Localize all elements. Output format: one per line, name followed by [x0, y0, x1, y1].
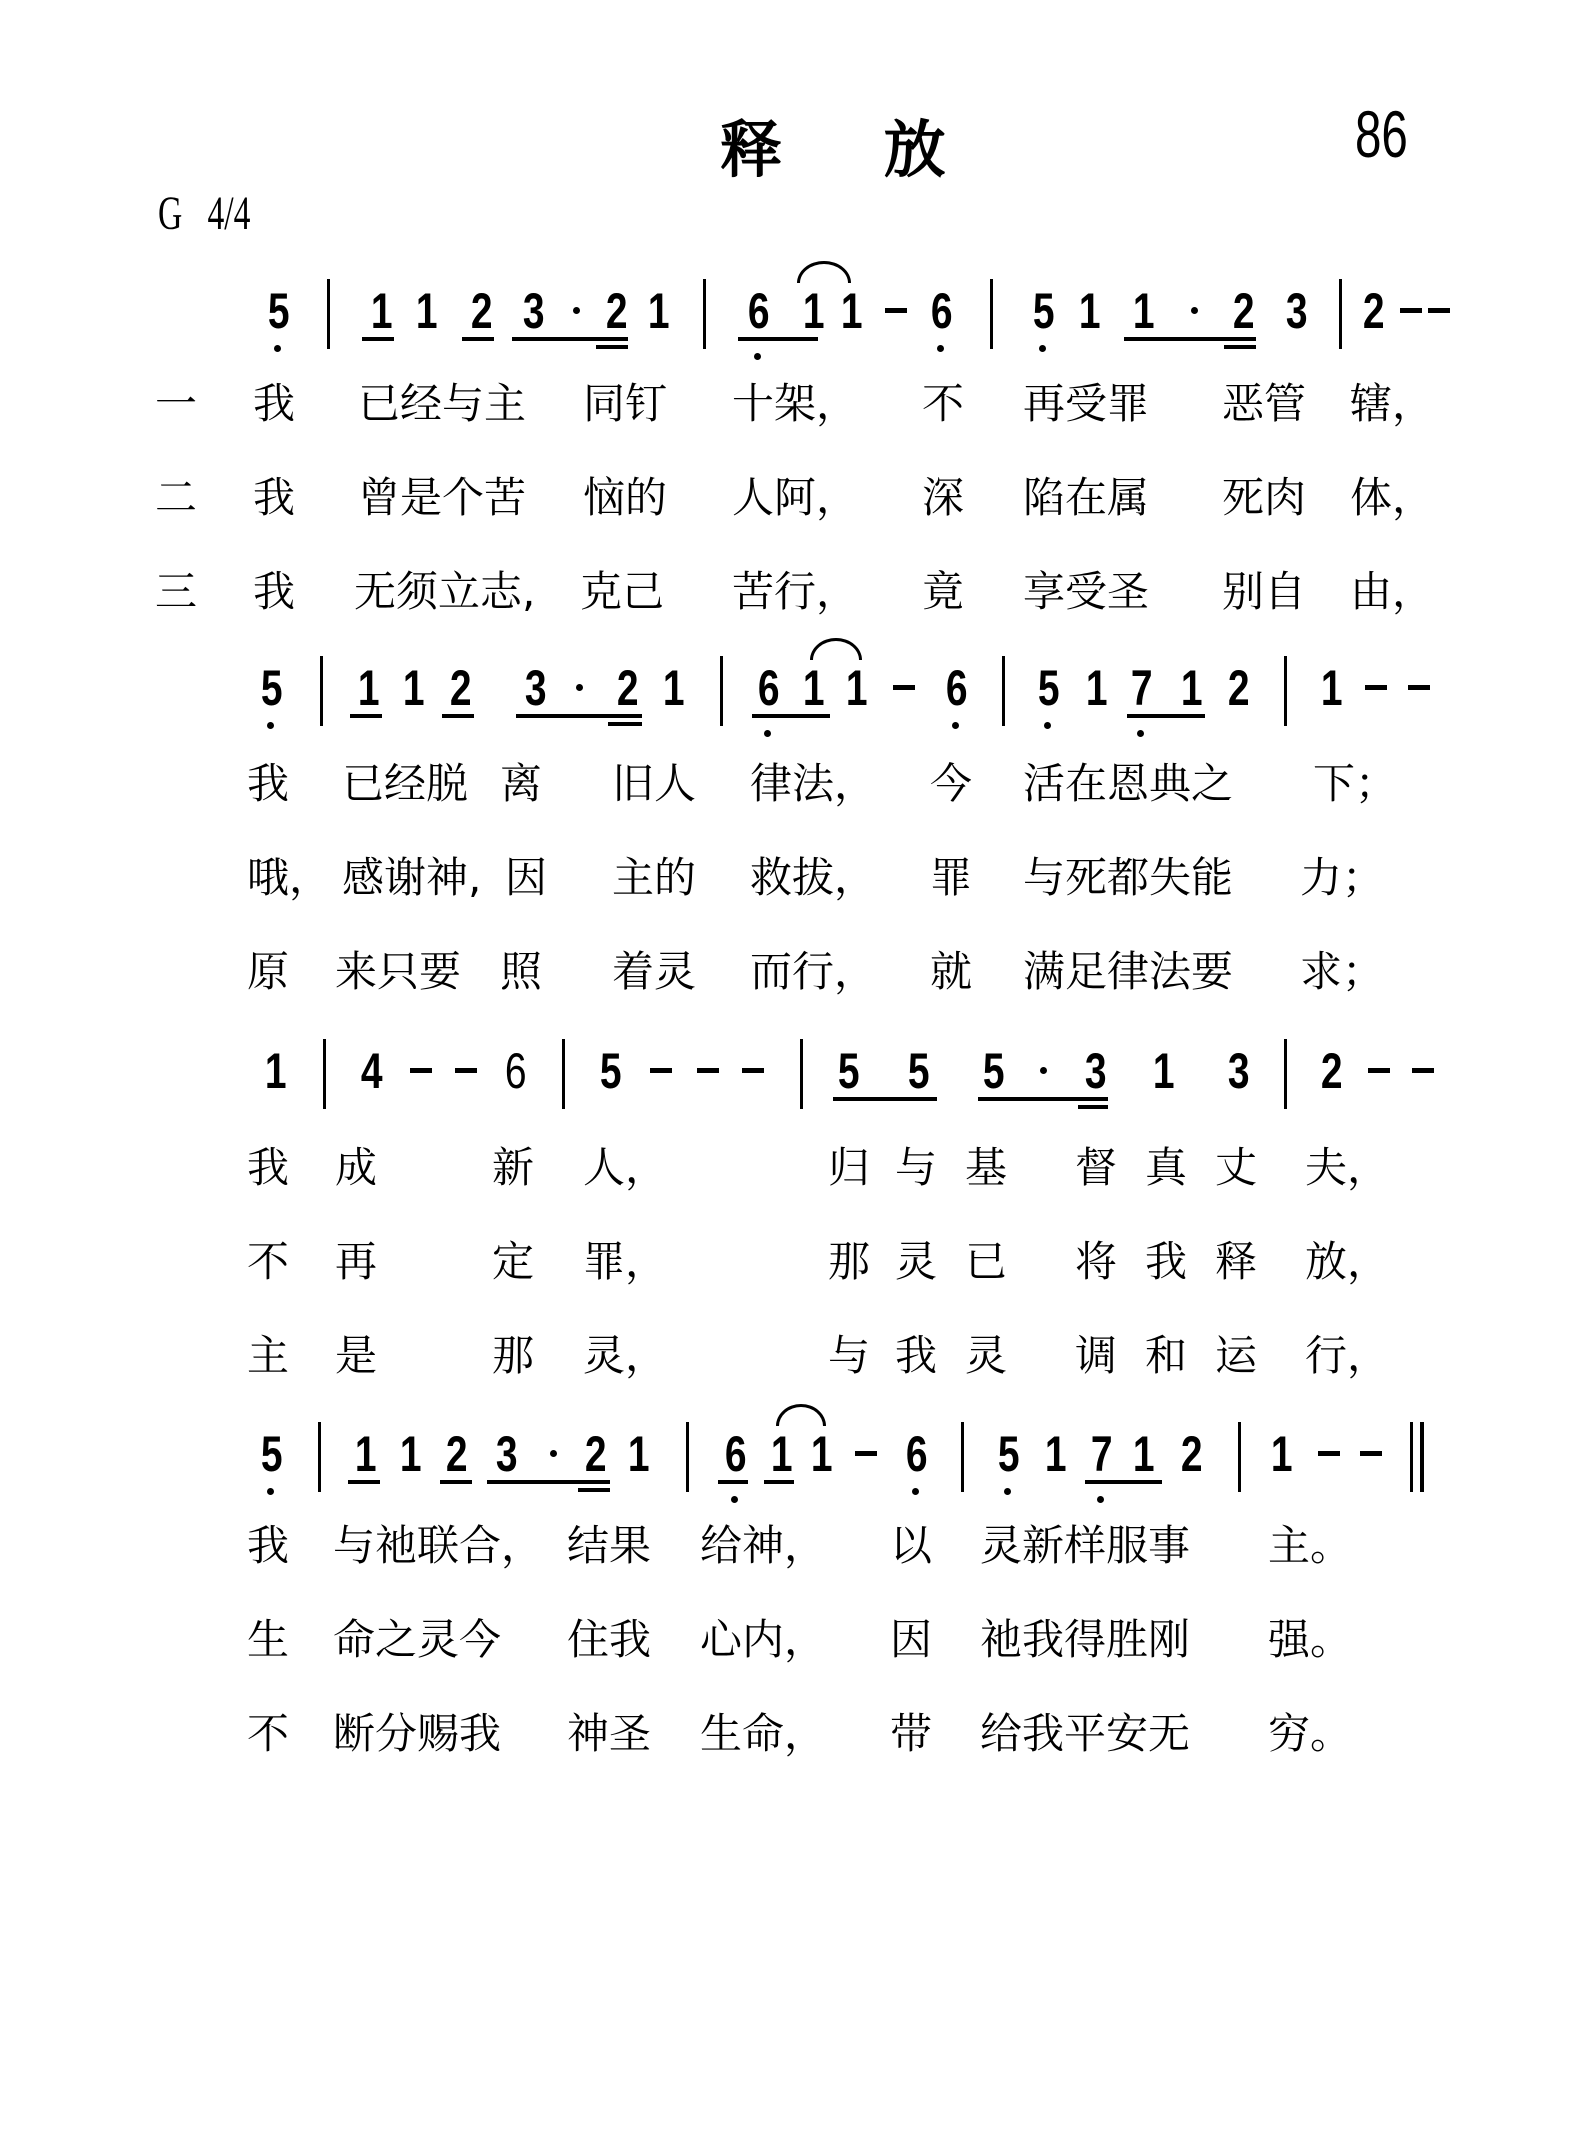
lyric-row: 我已经脱离旧人律法，今活在恩典之下； [0, 758, 1571, 810]
lyric-segment: 旧人 [612, 758, 696, 810]
lyric-segment: 恼的 [583, 472, 667, 524]
low-octave-dot [1044, 722, 1051, 729]
note-digit: 3 [496, 1424, 516, 1484]
dotted-rhythm-dot [576, 684, 583, 691]
lyric-segment: 祂我得胜刚 [980, 1614, 1190, 1666]
lyric-segment: 定 [492, 1236, 534, 1288]
lyric-segment: 不 [247, 1236, 289, 1288]
low-octave-dot [267, 722, 274, 729]
lyric-segment: 带 [890, 1708, 932, 1760]
sixteenth-underline [596, 345, 628, 349]
sustain-dash [855, 1451, 877, 1456]
lyric-segment: 真 [1145, 1142, 1187, 1194]
eighth-underline [348, 1480, 380, 1484]
note-digit: 1 [803, 658, 823, 718]
note-digit: 2 [450, 658, 470, 718]
barline [1284, 656, 1287, 726]
note-digit: 2 [617, 658, 637, 718]
note-digit: 5 [1033, 281, 1053, 341]
note-digit: 1 [1271, 1424, 1291, 1484]
lyric-segment: 将 [1075, 1236, 1117, 1288]
lyric-segment: 竟 [922, 566, 964, 618]
low-octave-dot [952, 722, 959, 729]
lyric-segment: 灵 [965, 1330, 1007, 1382]
lyric-segment: 原 [247, 946, 289, 998]
barline [327, 279, 330, 349]
note-digit: 2 [1181, 1424, 1201, 1484]
lyric-row: 哦，感谢神,因主的救拔，罪与死都失能力； [0, 852, 1571, 904]
lyric-segment: 结果 [567, 1520, 651, 1572]
barline [990, 279, 993, 349]
lyric-segment: 已经脱 [342, 758, 468, 810]
eighth-underline [764, 1480, 794, 1484]
lyric-segment: 死肉 [1222, 472, 1306, 524]
lyric-segment: 调 [1075, 1330, 1117, 1382]
low-octave-dot [1004, 1488, 1011, 1495]
lyric-segment: 生 [247, 1614, 289, 1666]
hymn-number: 86 [1355, 96, 1408, 172]
note-digit: 1 [811, 1424, 831, 1484]
note-digit: 7 [1131, 658, 1151, 718]
lyric-segment: 夫， [1305, 1142, 1389, 1194]
note-digit: 1 [1045, 1424, 1065, 1484]
lyric-segment: 再受罪 [1023, 378, 1149, 430]
note-digit: 3 [1228, 1041, 1248, 1101]
lyric-segment: 再 [335, 1236, 377, 1288]
sustain-dash [1360, 1451, 1382, 1456]
note-digit: 5 [1038, 658, 1058, 718]
dotted-rhythm-dot [573, 307, 580, 314]
lyric-segment: 我 [247, 1142, 289, 1194]
note-digit: 6 [748, 281, 768, 341]
eighth-underline [752, 714, 830, 718]
note-digit: 1 [1321, 658, 1341, 718]
note-digit: 5 [268, 281, 288, 341]
eighth-underline [738, 337, 818, 341]
sixteenth-underline [1078, 1105, 1108, 1109]
lyric-segment: 主的 [612, 852, 696, 904]
sustain-dash [885, 308, 907, 313]
note-digit: 6 [758, 658, 778, 718]
barline [1002, 656, 1005, 726]
lyric-segment: 别自 [1222, 566, 1306, 618]
sustain-dash [410, 1068, 432, 1073]
note-digit: 5 [908, 1041, 928, 1101]
lyric-segment: 命之灵今 [333, 1614, 501, 1666]
note-digit: 1 [1133, 281, 1153, 341]
lyric-segment: 基 [965, 1142, 1007, 1194]
lyric-segment: 我 [253, 566, 295, 618]
note-digit: 2 [1363, 281, 1383, 341]
lyric-segment: 不 [922, 378, 964, 430]
eighth-underline [1124, 337, 1256, 341]
lyric-segment: 释 [1215, 1236, 1257, 1288]
sixteenth-underline [608, 722, 642, 726]
note-digit: 1 [416, 281, 436, 341]
barline [323, 1039, 326, 1109]
barline [720, 656, 723, 726]
note-digit: 7 [1091, 1424, 1111, 1484]
note-digit: 2 [585, 1424, 605, 1484]
lyric-segment: 我 [895, 1330, 937, 1382]
eighth-underline [718, 1480, 748, 1484]
lyric-segment: 而行， [750, 946, 876, 998]
lyric-segment: 活在恩典之 [1023, 758, 1233, 810]
lyric-segment: 新 [492, 1142, 534, 1194]
lyric-row: 不再定罪，那灵已将我释放， [0, 1236, 1571, 1288]
tie-arc [797, 261, 851, 283]
note-digit: 5 [998, 1424, 1018, 1484]
lyric-segment: 力； [1300, 852, 1384, 904]
lyric-segment: 与 [828, 1330, 870, 1382]
lyric-segment: 灵， [583, 1330, 667, 1382]
low-octave-dot [267, 1488, 274, 1495]
lyric-segment: 克己 [580, 566, 664, 618]
note-digit: 2 [471, 281, 491, 341]
lyric-row: 主是那灵，与我灵调和运行， [0, 1330, 1571, 1382]
lyric-segment: 满足律法要 [1023, 946, 1233, 998]
lyric-segment: 罪， [583, 1236, 667, 1288]
lyric-segment: 成 [335, 1142, 377, 1194]
sustain-dash [1428, 308, 1450, 313]
lyric-segment: 穷。 [1268, 1708, 1352, 1760]
barline [961, 1422, 964, 1492]
lyric-segment: 就 [930, 946, 972, 998]
note-digit: 5 [261, 658, 281, 718]
lyric-segment: 灵新样服事 [980, 1520, 1190, 1572]
lyric-segment: 今 [930, 758, 972, 810]
lyric-row: 我成新人，归与基督真丈夫， [0, 1142, 1571, 1194]
lyric-segment: 是 [335, 1330, 377, 1382]
lyric-segment: 人， [583, 1142, 667, 1194]
eighth-underline [442, 714, 474, 718]
note-digit: 2 [1233, 281, 1253, 341]
eighth-underline [350, 714, 382, 718]
sustain-dash [455, 1068, 477, 1073]
note-digit: 3 [525, 658, 545, 718]
lyric-segment: 因 [890, 1614, 932, 1666]
sixteenth-underline [1224, 345, 1256, 349]
lyric-segment: 断分赐我 [333, 1708, 501, 1760]
lyric-segment: 我 [253, 472, 295, 524]
lyric-segment: 十架， [732, 378, 858, 430]
low-octave-dot [274, 345, 281, 352]
lyric-segment: 我 [247, 1520, 289, 1572]
lyric-row: 生命之灵今住我心内，因祂我得胜刚强。 [0, 1614, 1571, 1666]
lyric-segment: 人阿， [732, 472, 858, 524]
note-digit: 2 [446, 1424, 466, 1484]
verse-number: 二 [155, 472, 197, 524]
lyric-segment: 离 [500, 758, 542, 810]
lyric-segment: 生命， [700, 1708, 826, 1760]
note-digit: 1 [771, 1424, 791, 1484]
note-digit: 1 [1086, 658, 1106, 718]
eighth-underline [1085, 1480, 1162, 1484]
lyric-segment: 恶管 [1222, 378, 1306, 430]
lyric-segment: 已 [965, 1236, 1007, 1288]
barline [318, 1422, 321, 1492]
note-digit: 3 [1286, 281, 1306, 341]
lyric-segment: 同钉 [583, 378, 667, 430]
eighth-underline [833, 1097, 937, 1101]
lyric-segment: 心内， [700, 1614, 826, 1666]
lyric-segment: 救拔， [750, 852, 876, 904]
note-digit: 3 [523, 281, 543, 341]
low-octave-dot [912, 1488, 919, 1495]
note-digit: 2 [1228, 658, 1248, 718]
lyric-segment: 曾是个苦 [358, 472, 526, 524]
lyric-segment: 那 [492, 1330, 534, 1382]
dotted-rhythm-dot [1040, 1067, 1047, 1074]
lyric-segment: 放， [1305, 1236, 1389, 1288]
sustain-dash [1412, 1068, 1434, 1073]
lyric-segment: 无须立志, [354, 566, 535, 618]
lyric-segment: 督 [1075, 1142, 1117, 1194]
lyric-segment: 律法， [750, 758, 876, 810]
note-digit: 1 [358, 658, 378, 718]
sustain-dash [1318, 1451, 1340, 1456]
note-digit: 1 [663, 658, 683, 718]
lyric-segment: 苦行， [732, 566, 858, 618]
notation-system: 51123216116517121 [0, 652, 1571, 732]
lyric-segment: 由， [1350, 566, 1434, 618]
eighth-underline [487, 1480, 610, 1484]
eighth-underline [512, 337, 628, 341]
tie-arc [776, 1404, 826, 1426]
note-digit: 5 [261, 1424, 281, 1484]
lyric-segment: 我 [253, 378, 295, 430]
low-octave-dot [937, 345, 944, 352]
note-digit: 6 [906, 1424, 926, 1484]
note-digit: 1 [648, 281, 668, 341]
barline [703, 279, 706, 349]
time-signature: 4/4 [207, 187, 250, 240]
note-digit: 4 [361, 1041, 381, 1101]
sixteenth-underline [578, 1488, 610, 1492]
sustain-dash [1368, 1068, 1390, 1073]
notation-system: 51123216116511232 [0, 275, 1571, 355]
note-digit: 1 [1133, 1424, 1153, 1484]
notation-system: 14655553132 [0, 1035, 1571, 1115]
note-digit: 6 [725, 1424, 745, 1484]
lyric-row: 我与祂联合，结果给神，以灵新样服事主。 [0, 1520, 1571, 1572]
lyric-segment: 照 [500, 946, 542, 998]
note-digit: 1 [1079, 281, 1099, 341]
lyric-segment: 深 [922, 472, 964, 524]
lyric-row: 不断分赐我神圣生命，带给我平安无穷。 [0, 1708, 1571, 1760]
sustain-dash [1408, 685, 1430, 690]
sustain-dash [1365, 685, 1387, 690]
lyric-segment: 灵 [895, 1236, 937, 1288]
note-digit: 1 [265, 1041, 285, 1101]
dotted-rhythm-dot [550, 1450, 557, 1457]
note-digit: 2 [1321, 1041, 1341, 1101]
note-digit: 1 [355, 1424, 375, 1484]
lyric-segment: 与祂联合， [333, 1520, 543, 1572]
low-octave-dot [1039, 345, 1046, 352]
lyric-segment: 体， [1350, 472, 1434, 524]
lyric-segment: 住我 [567, 1614, 651, 1666]
barline [1339, 279, 1342, 349]
lyric-segment: 强。 [1268, 1614, 1352, 1666]
lyric-segment: 哦， [247, 852, 331, 904]
eighth-underline [362, 337, 394, 341]
sustain-dash [893, 685, 915, 690]
notation-system: 51123216116517121 [0, 1418, 1571, 1498]
hymn-title: 释 放 [720, 100, 986, 189]
eighth-underline [462, 337, 494, 341]
lyric-segment: 我 [247, 758, 289, 810]
lyric-segment: 求； [1300, 946, 1384, 998]
lyric-segment: 我 [1145, 1236, 1187, 1288]
key-signature: G [158, 187, 182, 240]
lyric-segment: 和 [1145, 1330, 1187, 1382]
barline [686, 1422, 689, 1492]
lyric-segment: 享受圣 [1023, 566, 1149, 618]
note-digit: 1 [841, 281, 861, 341]
low-octave-dot [754, 353, 761, 360]
key-spacer [182, 187, 207, 240]
barline [320, 656, 323, 726]
eighth-underline [516, 714, 642, 718]
eighth-underline [440, 1480, 472, 1484]
lyric-segment: 主 [247, 1330, 289, 1382]
eighth-underline [1127, 714, 1205, 718]
lyric-segment: 神圣 [567, 1708, 651, 1760]
note-digit: 6 [931, 281, 951, 341]
lyric-row: 原来只要照着灵而行，就满足律法要求； [0, 946, 1571, 998]
dotted-rhythm-dot [1191, 307, 1198, 314]
note-digit: 1 [371, 281, 391, 341]
lyric-segment: 来只要 [335, 946, 461, 998]
barline [1284, 1039, 1287, 1109]
barline [562, 1039, 565, 1109]
note-digit: 1 [628, 1424, 648, 1484]
note-digit: 3 [1085, 1041, 1105, 1101]
lyric-segment: 罪 [930, 852, 972, 904]
note-digit: 1 [846, 658, 866, 718]
barline [1238, 1422, 1241, 1492]
lyric-segment: 主。 [1268, 1520, 1352, 1572]
lyric-segment: 下； [1313, 758, 1397, 810]
note-digit: 5 [838, 1041, 858, 1101]
lyric-segment: 不 [247, 1708, 289, 1760]
lyric-segment: 辖， [1350, 378, 1434, 430]
sustain-dash [697, 1068, 719, 1073]
sustain-dash [1400, 308, 1422, 313]
verse-number: 一 [155, 378, 197, 430]
sustain-dash [650, 1068, 672, 1073]
note-digit: 2 [606, 281, 626, 341]
eighth-underline [978, 1097, 1108, 1101]
note-digit: 5 [983, 1041, 1003, 1101]
note-digit: 1 [803, 281, 823, 341]
note-digit: 5 [600, 1041, 620, 1101]
lyric-segment: 运 [1215, 1330, 1257, 1382]
lyric-segment: 陷在属 [1023, 472, 1149, 524]
lyric-row: 一我已经与主同钉十架，不再受罪恶管辖， [0, 378, 1571, 430]
sustain-dash [742, 1068, 764, 1073]
tie-arc [810, 638, 862, 660]
lyric-segment: 感谢神, [342, 852, 481, 904]
low-octave-dot [731, 1496, 738, 1503]
lyric-segment: 丈 [1215, 1142, 1257, 1194]
note-digit: 6 [505, 1041, 525, 1101]
barline [800, 1039, 803, 1109]
lyric-segment: 归 [828, 1142, 870, 1194]
note-digit: 1 [1153, 1041, 1173, 1101]
low-octave-dot [764, 730, 771, 737]
lyric-segment: 给神， [700, 1520, 826, 1572]
low-octave-dot [1097, 1496, 1104, 1503]
lyric-segment: 那 [828, 1236, 870, 1288]
lyric-segment: 已经与主 [358, 378, 526, 430]
note-digit: 1 [403, 658, 423, 718]
lyric-segment: 给我平安无 [980, 1708, 1190, 1760]
final-barline-left [1410, 1422, 1413, 1492]
lyric-segment: 因 [505, 852, 547, 904]
low-octave-dot [1137, 730, 1144, 737]
lyric-row: 二我曾是个苦恼的人阿，深陷在属死肉体， [0, 472, 1571, 524]
lyric-segment: 行， [1305, 1330, 1389, 1382]
note-digit: 6 [946, 658, 966, 718]
verse-number: 三 [155, 566, 197, 618]
lyric-segment: 以 [890, 1520, 932, 1572]
key-time-signature: G 4/4 [158, 186, 250, 241]
lyric-segment: 与死都失能 [1023, 852, 1233, 904]
note-digit: 1 [1181, 658, 1201, 718]
note-digit: 1 [400, 1424, 420, 1484]
final-barline-right [1420, 1422, 1424, 1492]
lyric-segment: 与 [895, 1142, 937, 1194]
lyric-segment: 着灵 [612, 946, 696, 998]
lyric-row: 三我无须立志,克己苦行，竟享受圣别自由， [0, 566, 1571, 618]
